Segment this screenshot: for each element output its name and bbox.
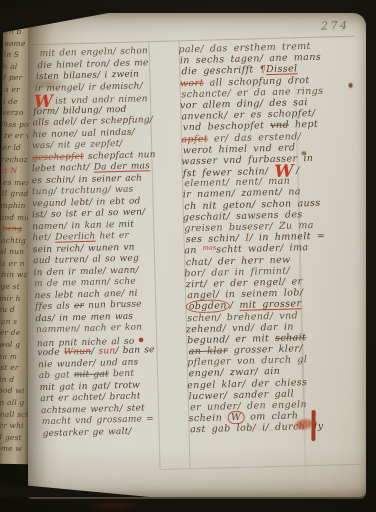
manuscript-photo: ich bsomein Sh ald pera eri deverzoihss … bbox=[0, 0, 376, 512]
text-segment: / bbox=[230, 300, 240, 311]
text-segment: hie none/ ual nindas/ bbox=[32, 127, 135, 140]
text-segment: art er achtet/ bracht bbox=[40, 392, 141, 405]
text-segment: isten bilanes/ i zwein bbox=[36, 69, 139, 82]
text-segment: a er bbox=[4, 85, 20, 94]
text-segment: ome w bbox=[0, 444, 22, 453]
text-segment: nie wunder/ und ans bbox=[38, 357, 138, 370]
prev-leaf-text-fragment: ome w bbox=[0, 443, 27, 455]
text-segment: sl nun bbox=[0, 247, 24, 256]
text-segment: wol g bbox=[0, 340, 20, 349]
text-segment: m de me mann/ sche bbox=[34, 277, 136, 290]
text-segment: in S bbox=[4, 50, 20, 59]
text-segment: i de bbox=[3, 96, 18, 105]
text-segment: d per bbox=[1, 73, 22, 82]
text-segment: mphin bbox=[0, 201, 25, 210]
text-segment: form/ bildung/ mod bbox=[33, 104, 127, 116]
text-column-right: pale/ das ersthem tremtin sechs tagen/ a… bbox=[179, 40, 361, 436]
text-segment: at N bbox=[0, 166, 17, 175]
text-segment: in den ir male/ wann/ bbox=[33, 265, 138, 278]
page-content: 274 mit den engeln/ schondie himel tron/… bbox=[22, 9, 373, 502]
text-segment: hept bbox=[289, 119, 318, 131]
text-segment: zu d bbox=[0, 305, 15, 314]
prev-leaf-text-fragment: wol g bbox=[0, 339, 30, 351]
text-segment: in d bbox=[0, 375, 14, 384]
red-ink-stroke bbox=[311, 410, 315, 441]
text-segment: nes lebt nach ane/ ni bbox=[34, 288, 137, 301]
text-segment: ● bbox=[138, 336, 144, 343]
text-segment: er whi bbox=[0, 421, 24, 430]
lower-ruling-line bbox=[162, 464, 362, 470]
text-segment: bod wi bbox=[0, 386, 25, 395]
text-segment: vegund lebt/ in ebt od bbox=[32, 196, 141, 209]
backdrop-stain bbox=[85, 501, 143, 510]
manuscript-page: 274 mit den engeln/ schondie himel tron/… bbox=[28, 13, 366, 497]
show-through-marks bbox=[244, 425, 278, 435]
text-segment: Deerlich bbox=[55, 232, 96, 243]
text-segment: Dissel bbox=[266, 64, 298, 76]
text-segment: mit den engeln/ schon bbox=[40, 46, 149, 59]
text-segment: vnd bbox=[270, 120, 289, 131]
prev-leaf-text-fragment: in all g bbox=[0, 397, 28, 409]
text-segment: d gest bbox=[0, 433, 22, 442]
text-segment: lebet nacht/ bbox=[32, 163, 94, 175]
text-segment: schepfact nun bbox=[84, 150, 156, 162]
text-segment: nall sch bbox=[0, 409, 31, 418]
text-segment: mir h bbox=[0, 293, 21, 302]
text-segment: vode bbox=[37, 348, 64, 359]
text-segment: h al bbox=[2, 62, 17, 71]
text-segment: sun bbox=[98, 346, 115, 356]
text-segment: achtsame werch/ stet bbox=[41, 403, 145, 416]
text-segment: schein bbox=[189, 412, 229, 424]
prev-leaf-text-fragment: sl nun bbox=[0, 246, 31, 258]
text-segment: gestarker ge walt/ bbox=[42, 426, 131, 438]
text-segment: apfet bbox=[181, 133, 208, 145]
text-segment: in all g bbox=[0, 398, 25, 407]
text-segment: Wnun bbox=[64, 347, 92, 358]
text-segment: het/ bbox=[32, 233, 55, 244]
prev-leaf-text-fragment: ge st bbox=[0, 281, 31, 293]
text-segment: ffes als bbox=[35, 301, 74, 312]
prev-leaf-text-fragment: zu d bbox=[0, 304, 29, 316]
prev-leaf-text-fragment: mir h bbox=[0, 292, 30, 304]
text-segment: ge st bbox=[0, 282, 20, 291]
text-segment: mit gat in gat/ trotw bbox=[39, 380, 140, 393]
text-segment: Da der mas bbox=[94, 161, 150, 172]
prev-leaf-text-fragment: er whi bbox=[0, 420, 30, 432]
prev-leaf-text-fragment: nall sch bbox=[0, 408, 31, 420]
prev-leaf-text-fragment: d gest bbox=[0, 432, 28, 444]
text-segment: namen/ in kan ie mit bbox=[32, 219, 134, 232]
text-segment: er de bbox=[0, 328, 20, 337]
text-segment: an klar bbox=[189, 345, 228, 357]
text-segment: st er bbox=[0, 363, 18, 372]
prev-leaf-text-fragment: ha m bbox=[0, 350, 29, 362]
prev-leaf-text-fragment: in d bbox=[0, 374, 30, 386]
text-segment: tung/ trachtung/ was bbox=[32, 185, 134, 198]
text-segment: beng bbox=[2, 224, 22, 233]
text-segment: verzo bbox=[2, 108, 24, 117]
text-segment: wort bbox=[180, 77, 204, 89]
text-segment: was/ nit ge zepfet/ bbox=[32, 139, 123, 151]
text-segment: er bbox=[74, 301, 84, 311]
text-segment: bent bbox=[109, 369, 135, 380]
text-segment: schait bbox=[275, 332, 307, 344]
prev-leaf-text-fragment: st er bbox=[0, 362, 31, 374]
text-segment: / ban se bbox=[115, 345, 154, 356]
text-segment: het er bbox=[95, 231, 129, 242]
folio-number: 274 bbox=[321, 19, 350, 33]
text-segment: nammen/ nach er kon bbox=[36, 322, 142, 335]
text-segment: aud turren/ al so weg bbox=[33, 254, 139, 267]
text-segment: geschepfet bbox=[32, 151, 84, 162]
text-segment: mit gat bbox=[74, 369, 109, 380]
text-segment: mas bbox=[203, 243, 217, 251]
text-segment: das/ in me men was bbox=[35, 311, 133, 324]
text-segment: la er n bbox=[0, 259, 25, 268]
text-segment: rechoz bbox=[1, 154, 28, 163]
text-segment: er ld bbox=[2, 143, 21, 152]
text-segment: an s bbox=[1, 317, 17, 326]
prev-leaf-text-fragment: la er n bbox=[0, 258, 30, 270]
text-line: gestarker ge walt/ bbox=[42, 425, 172, 440]
prev-leaf-text-fragment: er de bbox=[0, 327, 31, 339]
text-segment: ha m bbox=[0, 351, 17, 360]
text-column-left: mit den engeln/ schondie himel tron/ des… bbox=[33, 46, 173, 440]
text-segment: sein reich/ wunen vn bbox=[33, 242, 135, 255]
text-segment: achtig bbox=[1, 235, 26, 244]
text-segment: ab gat bbox=[39, 370, 74, 381]
text-segment: an bbox=[184, 245, 203, 256]
text-segment: nun brusse bbox=[84, 299, 142, 311]
prev-leaf-text-fragment: bod wi bbox=[0, 385, 29, 397]
text-segment: hin wz bbox=[2, 270, 28, 279]
